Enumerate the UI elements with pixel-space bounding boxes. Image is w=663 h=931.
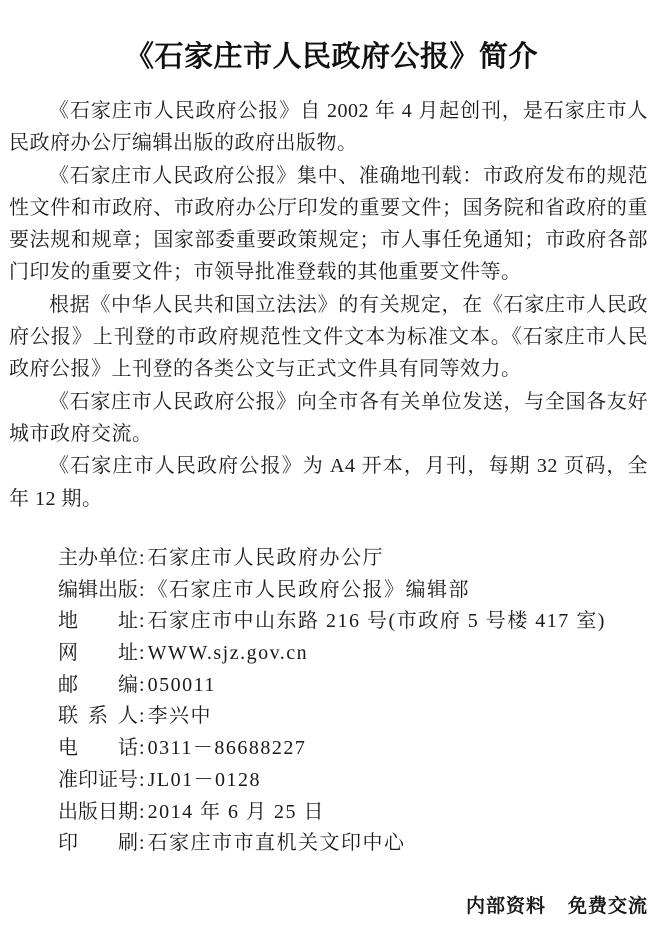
info-value: 0311－86688227 <box>148 737 307 759</box>
info-label: 网址 <box>58 638 138 670</box>
info-label: 邮编 <box>58 670 138 702</box>
page-title: 《石家庄市人民政府公报》简介 <box>0 34 663 75</box>
info-value: 《石家庄市人民政府公报》编辑部 <box>148 579 471 601</box>
publication-info-block: 主办单位:石家庄市人民政府办公厅 编辑出版:《石家庄市人民政府公报》编辑部 地址… <box>58 543 648 860</box>
info-row-website: 网址:WWW.sjz.gov.cn <box>58 638 648 670</box>
info-colon: : <box>139 575 145 607</box>
gazette-intro-page: 《石家庄市人民政府公报》简介 《石家庄市人民政府公报》自 2002 年 4 月起… <box>0 0 663 931</box>
info-value: 李兴中 <box>148 705 213 727</box>
info-row-contact: 联系人:李兴中 <box>58 701 648 733</box>
info-label: 联系人 <box>58 701 138 733</box>
info-colon: : <box>139 670 145 702</box>
info-value: JL01－0128 <box>148 769 262 791</box>
info-colon: : <box>139 701 145 733</box>
info-row-publisher: 编辑出版:《石家庄市人民政府公报》编辑部 <box>58 575 648 607</box>
intro-body: 《石家庄市人民政府公报》自 2002 年 4 月起创刊，是石家庄市人民政府办公厅… <box>9 95 648 515</box>
info-label: 出版日期 <box>58 797 138 829</box>
info-label: 主办单位 <box>58 543 138 575</box>
info-colon: : <box>139 797 145 829</box>
info-value: 石家庄市中山东路 216 号(市政府 5 号楼 417 室) <box>148 610 606 632</box>
paragraph: 《石家庄市人民政府公报》为 A4 开本，月刊，每期 32 页码，全年 12 期。 <box>9 450 648 515</box>
info-label: 印刷 <box>58 828 138 860</box>
info-row-phone: 电话:0311－86688227 <box>58 733 648 765</box>
info-value: WWW.sjz.gov.cn <box>148 642 309 664</box>
info-colon: : <box>139 765 145 797</box>
info-value: 石家庄市市直机关文印中心 <box>148 832 406 854</box>
free-exchange-label: 免费交流 <box>568 896 648 917</box>
info-label: 电话 <box>58 733 138 765</box>
paragraph: 根据《中华人民共和国立法法》的有关规定，在《石家庄市人民政府公报》上刊登的市政府… <box>9 289 648 386</box>
info-value: 石家庄市人民政府办公厅 <box>148 547 385 569</box>
info-value: 2014 年 6 月 25 日 <box>148 801 326 823</box>
info-colon: : <box>139 828 145 860</box>
info-colon: : <box>139 638 145 670</box>
info-row-printer: 印刷:石家庄市市直机关文印中心 <box>58 828 648 860</box>
info-row-postcode: 邮编:050011 <box>58 670 648 702</box>
info-row-publish-date: 出版日期:2014 年 6 月 25 日 <box>58 797 648 829</box>
info-row-sponsor: 主办单位:石家庄市人民政府办公厅 <box>58 543 648 575</box>
info-label: 编辑出版 <box>58 575 138 607</box>
paragraph: 《石家庄市人民政府公报》集中、准确地刊载：市政府发布的规范性文件和市政府、市政府… <box>9 160 648 289</box>
info-colon: : <box>139 543 145 575</box>
paragraph: 《石家庄市人民政府公报》自 2002 年 4 月起创刊，是石家庄市人民政府办公厅… <box>9 95 648 160</box>
info-colon: : <box>139 733 145 765</box>
info-label: 地址 <box>58 606 138 638</box>
info-row-permit-number: 准印证号:JL01－0128 <box>58 765 648 797</box>
info-label: 准印证号 <box>58 765 138 797</box>
info-colon: : <box>139 606 145 638</box>
internal-material-label: 内部资料 <box>466 896 546 917</box>
footer-note: 内部资料免费交流 <box>466 891 648 918</box>
paragraph: 《石家庄市人民政府公报》向全市各有关单位发送，与全国各友好城市政府交流。 <box>9 386 648 451</box>
info-value: 050011 <box>148 674 216 696</box>
info-row-address: 地址:石家庄市中山东路 216 号(市政府 5 号楼 417 室) <box>58 606 648 638</box>
